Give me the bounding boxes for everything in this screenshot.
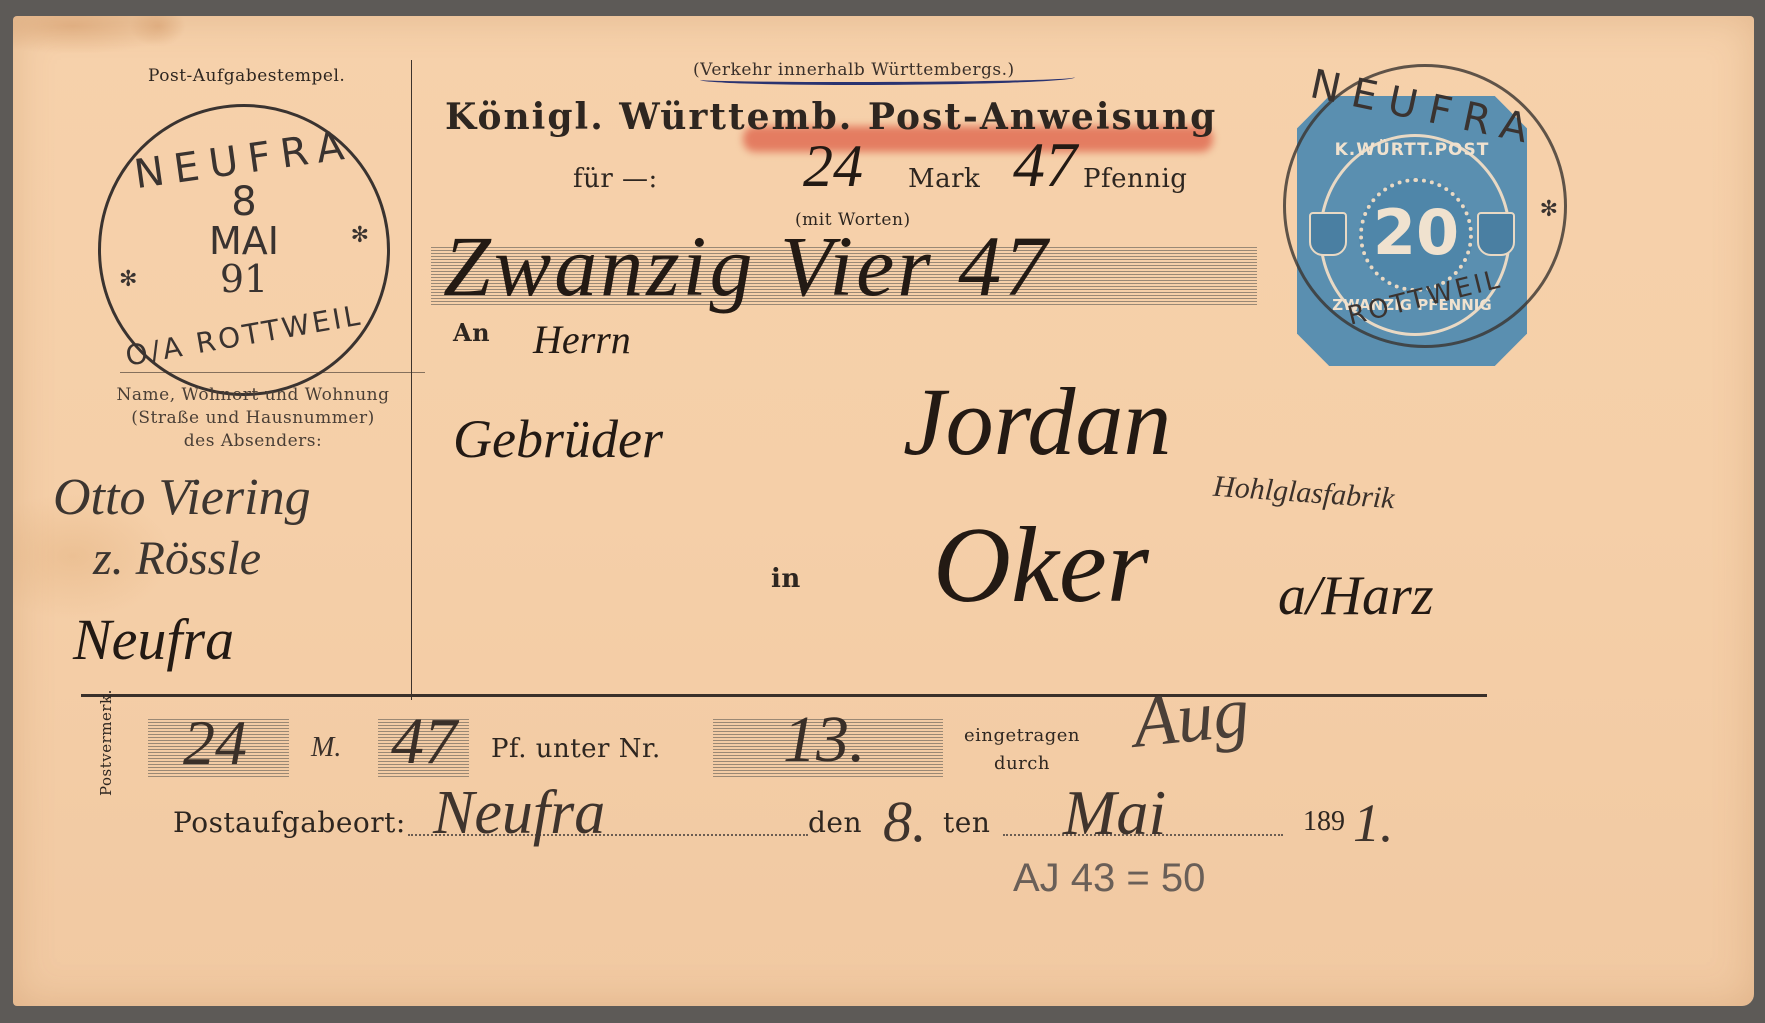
- sender-name: Otto Viering: [53, 468, 311, 527]
- pencil-annotation: AJ 43 = 50: [1013, 856, 1205, 901]
- postmark-label: Post-Aufgabestempel.: [148, 66, 345, 86]
- postmark-neufra: NEUFRA 8 MAI 91 O/A ROTTWEIL ✻ ✻: [98, 104, 390, 396]
- blue-underline: [700, 72, 1075, 85]
- sender-address: z. Rössle: [93, 531, 261, 586]
- asterisk-ornament-icon: ✻: [1540, 197, 1558, 222]
- note-pfennig-value: 47: [391, 704, 457, 780]
- den-label: den: [808, 806, 862, 839]
- stamp-cancellation: NEUFRA ROTTWEIL ✻: [1283, 64, 1567, 348]
- day-value: 8.: [883, 788, 927, 855]
- recipient-salutation: Herrn: [533, 316, 631, 363]
- year-suffix: 1.: [1353, 792, 1394, 854]
- cancel-town: NEUFRA: [1284, 57, 1565, 160]
- recipient-name-line1: Gebrüder: [453, 408, 663, 470]
- recipient-business: Hohlglasfabrik: [1212, 470, 1396, 517]
- pfennig-amount: 47: [1013, 128, 1077, 202]
- sender-town: Neufra: [73, 606, 234, 673]
- an-label: An: [453, 318, 490, 347]
- postvermerk-label: Postvermerk.: [97, 689, 115, 796]
- asterisk-ornament-icon: ✻: [119, 267, 137, 292]
- destination-suffix: a/Harz: [1278, 564, 1434, 628]
- destination-place: Oker: [933, 504, 1149, 628]
- postmark-year: 91: [101, 257, 387, 301]
- money-order-card: Post-Aufgabestempel. NEUFRA 8 MAI 91 O/A…: [13, 16, 1754, 1006]
- year-prefix: 189: [1303, 806, 1345, 838]
- recipient-name-line2: Jordan: [903, 366, 1171, 477]
- mark-label: Mark: [908, 164, 980, 194]
- registration-number: 13.: [783, 702, 866, 778]
- pf-unter-nr-label: Pf. unter Nr.: [491, 734, 661, 764]
- fuer-label: für —:: [573, 164, 658, 194]
- origin-label: Postaufgabeort:: [173, 806, 406, 839]
- left-divider: [120, 372, 425, 373]
- registered-by-label: eingetragen durch: [957, 722, 1087, 778]
- pfennig-label: Pfennig: [1083, 164, 1187, 194]
- section-divider: [81, 694, 1487, 697]
- month-value: Mai: [1063, 776, 1166, 850]
- note-mark-label: M.: [311, 732, 341, 764]
- amount-in-words: Zwanzig Vier 47: [443, 216, 1050, 316]
- vertical-divider: [411, 60, 412, 700]
- ten-label: ten: [943, 806, 990, 839]
- origin-value: Neufra: [433, 778, 605, 849]
- postmark-district: O/A ROTTWEIL: [100, 294, 387, 376]
- clerk-signature: Aug: [1129, 670, 1253, 765]
- mark-amount: 24: [803, 132, 863, 201]
- asterisk-ornament-icon: ✻: [351, 223, 369, 248]
- in-label: in: [771, 564, 801, 594]
- note-mark-value: 24: [183, 706, 247, 780]
- sender-label: Name, Wohnort und Wohnung (Straße und Ha…: [83, 384, 423, 453]
